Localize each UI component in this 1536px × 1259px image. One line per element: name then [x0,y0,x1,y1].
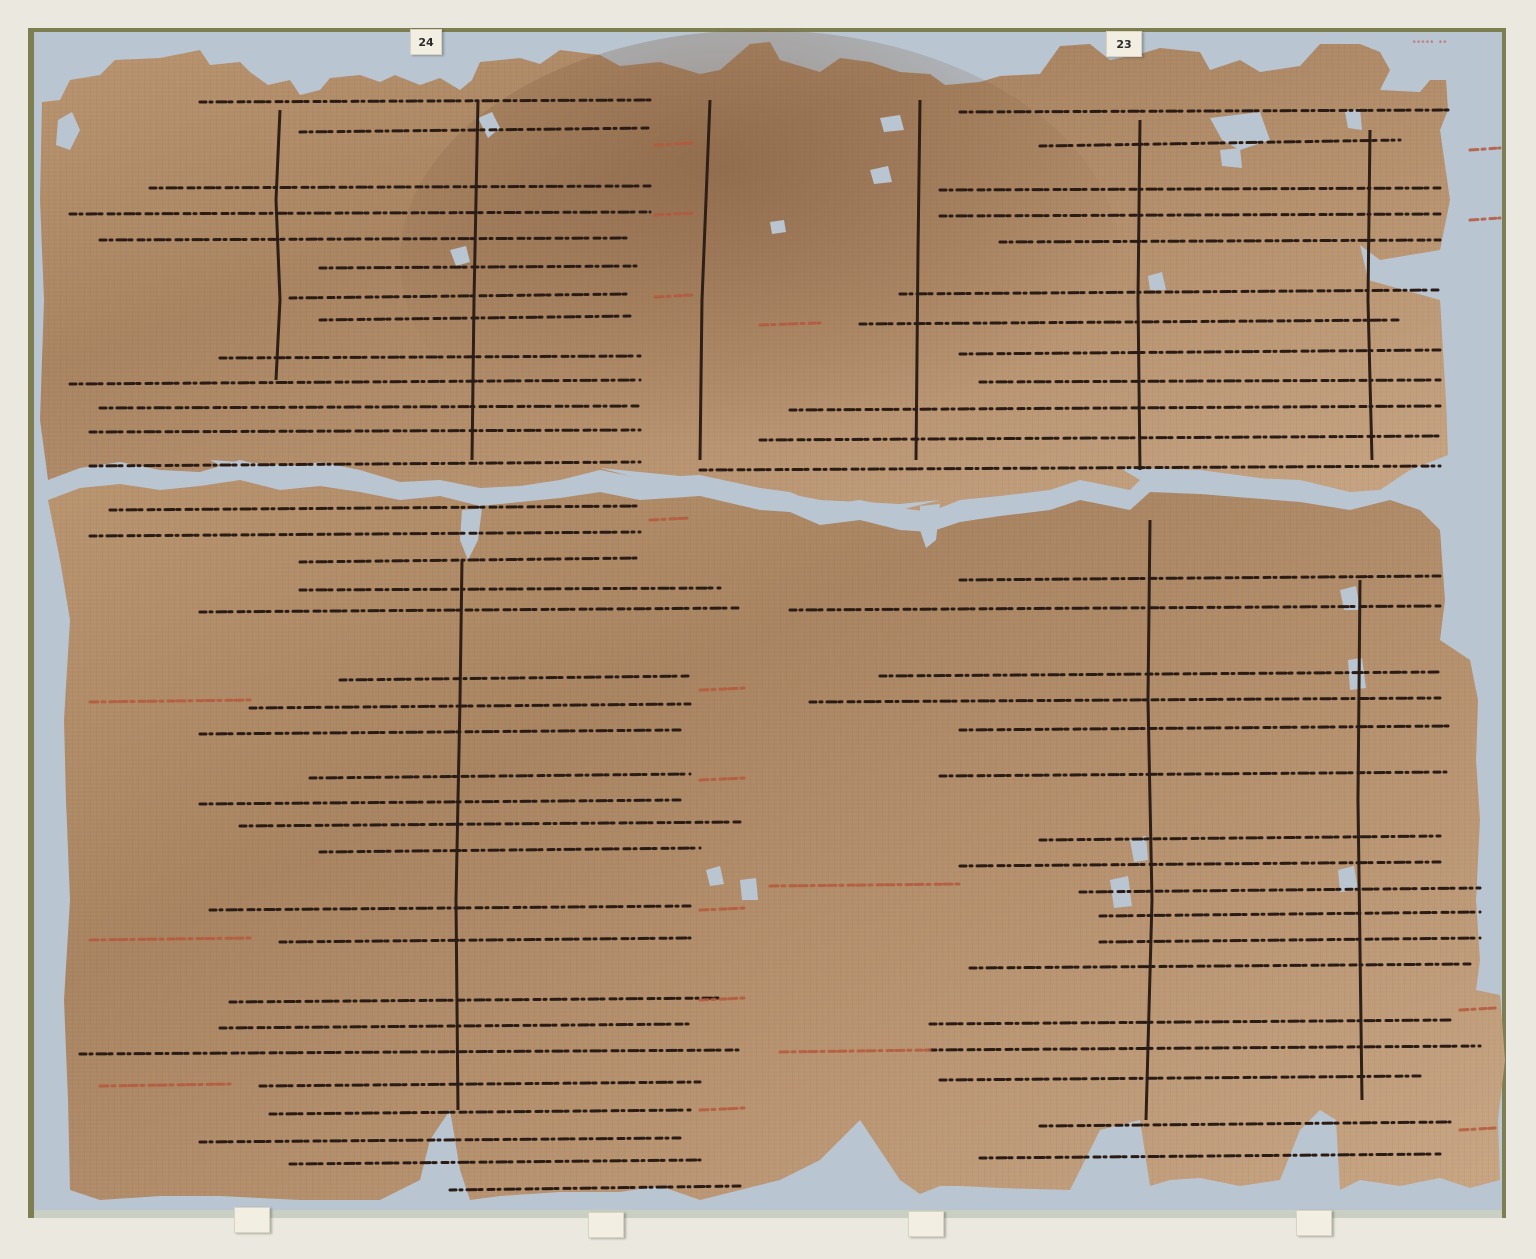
sheet-number-label: 24 [418,36,433,49]
sheet-number-tab-23: 23 [1106,31,1142,57]
bottom-mount-tab-1 [234,1207,270,1233]
papyrus-lower-section [48,480,1505,1200]
sheet-number-tab-24: 24 [410,29,442,55]
bottom-mount-tab-2 [588,1212,624,1238]
red-reference-label: ····· ·· [1374,36,1486,50]
sheet-number-label: 23 [1116,38,1131,51]
bottom-mount-tab-4 [1296,1210,1332,1236]
papyrus-upper-section [40,30,1450,512]
bottom-mount-tab-3 [908,1211,944,1237]
papyrus-sheet [0,0,1536,1259]
